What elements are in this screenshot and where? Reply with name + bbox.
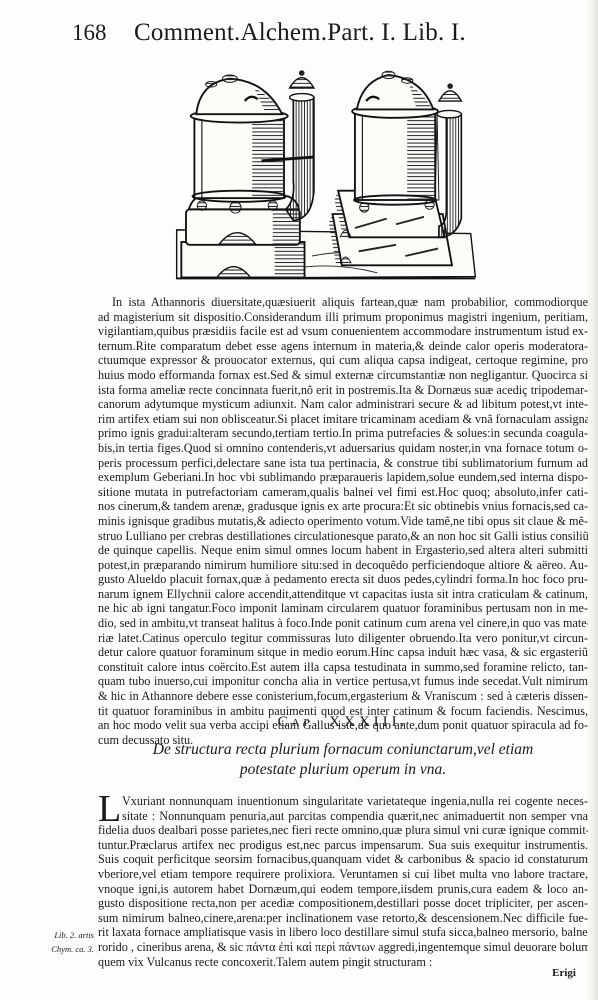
text-line: exemplum Geberiani.In hoc vbi sublimando… xyxy=(98,470,588,485)
furnace-woodcut-figure xyxy=(172,58,480,286)
text-line: huius modo efformanda fornax est.Sed & s… xyxy=(98,368,588,383)
marginal-note-line: Chym. ca. 3. xyxy=(30,942,94,956)
text-line: dio, sed in ambitu,vt transeat halitus à… xyxy=(98,616,588,631)
text-line: & hic in Athannore debere esse conisteri… xyxy=(98,689,588,704)
text-line: vnoque igni,is autorem habet Dornæum,qui… xyxy=(98,882,588,897)
chapter-number: Cap. XXXIII. xyxy=(98,714,588,731)
text-line: tuntur.Præclarus artifex nec prodigus es… xyxy=(98,838,588,853)
text-line: ad magisterium sit dispositio.Consideran… xyxy=(98,310,588,325)
page-header: 168 Comment.Alchem.Part. I. Lib. I. xyxy=(72,18,592,48)
text-line: gusto dispositione recta,non per acediæ … xyxy=(98,896,588,911)
text-line: sitate : Nonnunquam penuria,aut parcitas… xyxy=(98,809,588,824)
text-line: peris processum perfici,delectare sane i… xyxy=(98,456,588,471)
text-line: sum nimirum balneo,cinere,arena:per incl… xyxy=(98,911,588,926)
text-line: primo ignis gradui:alteram secundo,terti… xyxy=(98,426,588,441)
text-line: rorido , cineribus arena, & sic πάντα ἐπ… xyxy=(98,940,588,955)
text-line: narum ignem Ellychnii calore accendit,at… xyxy=(98,587,588,602)
text-line: de quinque capellis. Neque enim simul om… xyxy=(98,543,588,558)
marginal-note: Lib. 2. artis Chym. ca. 3. xyxy=(30,928,94,956)
text-line: quem vix Vulcanus recte concoxerit.Talem… xyxy=(98,955,588,970)
chapter-title-line: potestate plurium operum in vna. xyxy=(98,760,588,780)
page-number: 168 xyxy=(72,18,107,48)
text-line: potest,in præparando nimirum humiliore s… xyxy=(98,558,588,573)
body-paragraph-1: In ista Athannoris diuersitate,quæsiueri… xyxy=(98,295,588,747)
text-line: canorum adytumque mysticum adiunxit. Nam… xyxy=(98,397,588,412)
chapter-title-line: De structura recta plurium fornacum coni… xyxy=(98,740,588,760)
chapter-title: De structura recta plurium fornacum coni… xyxy=(98,740,588,780)
body-paragraph-2: Vxuriant nonnunquam inuentionum singular… xyxy=(98,794,588,969)
running-head: Comment.Alchem.Part. I. Lib. I. xyxy=(134,18,466,48)
text-line: fidelia duos dealbari posse parietes,nec… xyxy=(98,823,588,838)
text-line: gusto Alueldo placuit fornax,quæ à pedam… xyxy=(98,572,588,587)
text-line: quam tubo inuerso,cui imponitur concha a… xyxy=(98,674,588,689)
text-line: riæ latet.Catinus operculo tegitur commi… xyxy=(98,631,588,646)
text-line: ista forma ameliæ recte concinnata fueri… xyxy=(98,383,588,398)
text-line: Vxuriant nonnunquam inuentionum singular… xyxy=(98,794,588,809)
text-line: struo Lulliano per crebras destillatione… xyxy=(98,529,588,544)
text-line: rim artifex etiam sui non oblisceatur.Si… xyxy=(98,412,588,427)
furnace-woodcut-icon xyxy=(172,58,480,286)
text-line: ctuumque expressor & prouocator externus… xyxy=(98,353,588,368)
text-line: In ista Athannoris diuersitate,quæsiueri… xyxy=(98,295,588,310)
text-line: vberiore,vel etiam tempore requirere pro… xyxy=(98,867,588,882)
text-line: detur calore quatuor foraminum sitque in… xyxy=(98,645,588,660)
book-page: 168 Comment.Alchem.Part. I. Lib. I. xyxy=(0,0,598,1000)
text-line: minis ignisque gradibus mutatis,& adiect… xyxy=(98,514,588,529)
text-line: vigilantiam,quibus præsidiis facile est … xyxy=(98,324,588,339)
catchword: Erigi xyxy=(552,967,576,979)
text-line: sitione mutata in putrefactoriam cameram… xyxy=(98,485,588,500)
marginal-note-line: Lib. 2. artis xyxy=(30,928,94,942)
text-line: nos cinerum,& tandem arenæ, gradusque ig… xyxy=(98,499,588,514)
text-line: rit laxata fornace ampliatisque vasis in… xyxy=(98,925,588,940)
text-line: Suis coquit perficitque seorsim fornacib… xyxy=(98,852,588,867)
text-line: ternum.Rite comparatum debet esse agens … xyxy=(98,339,588,354)
text-line: constituit calore intus coërcito.Est aut… xyxy=(98,660,588,675)
text-line: bis,in tertia figes.Quod si omnino conte… xyxy=(98,441,588,456)
text-line: ne hic ab igni tangatur.Foco imponit lam… xyxy=(98,601,588,616)
